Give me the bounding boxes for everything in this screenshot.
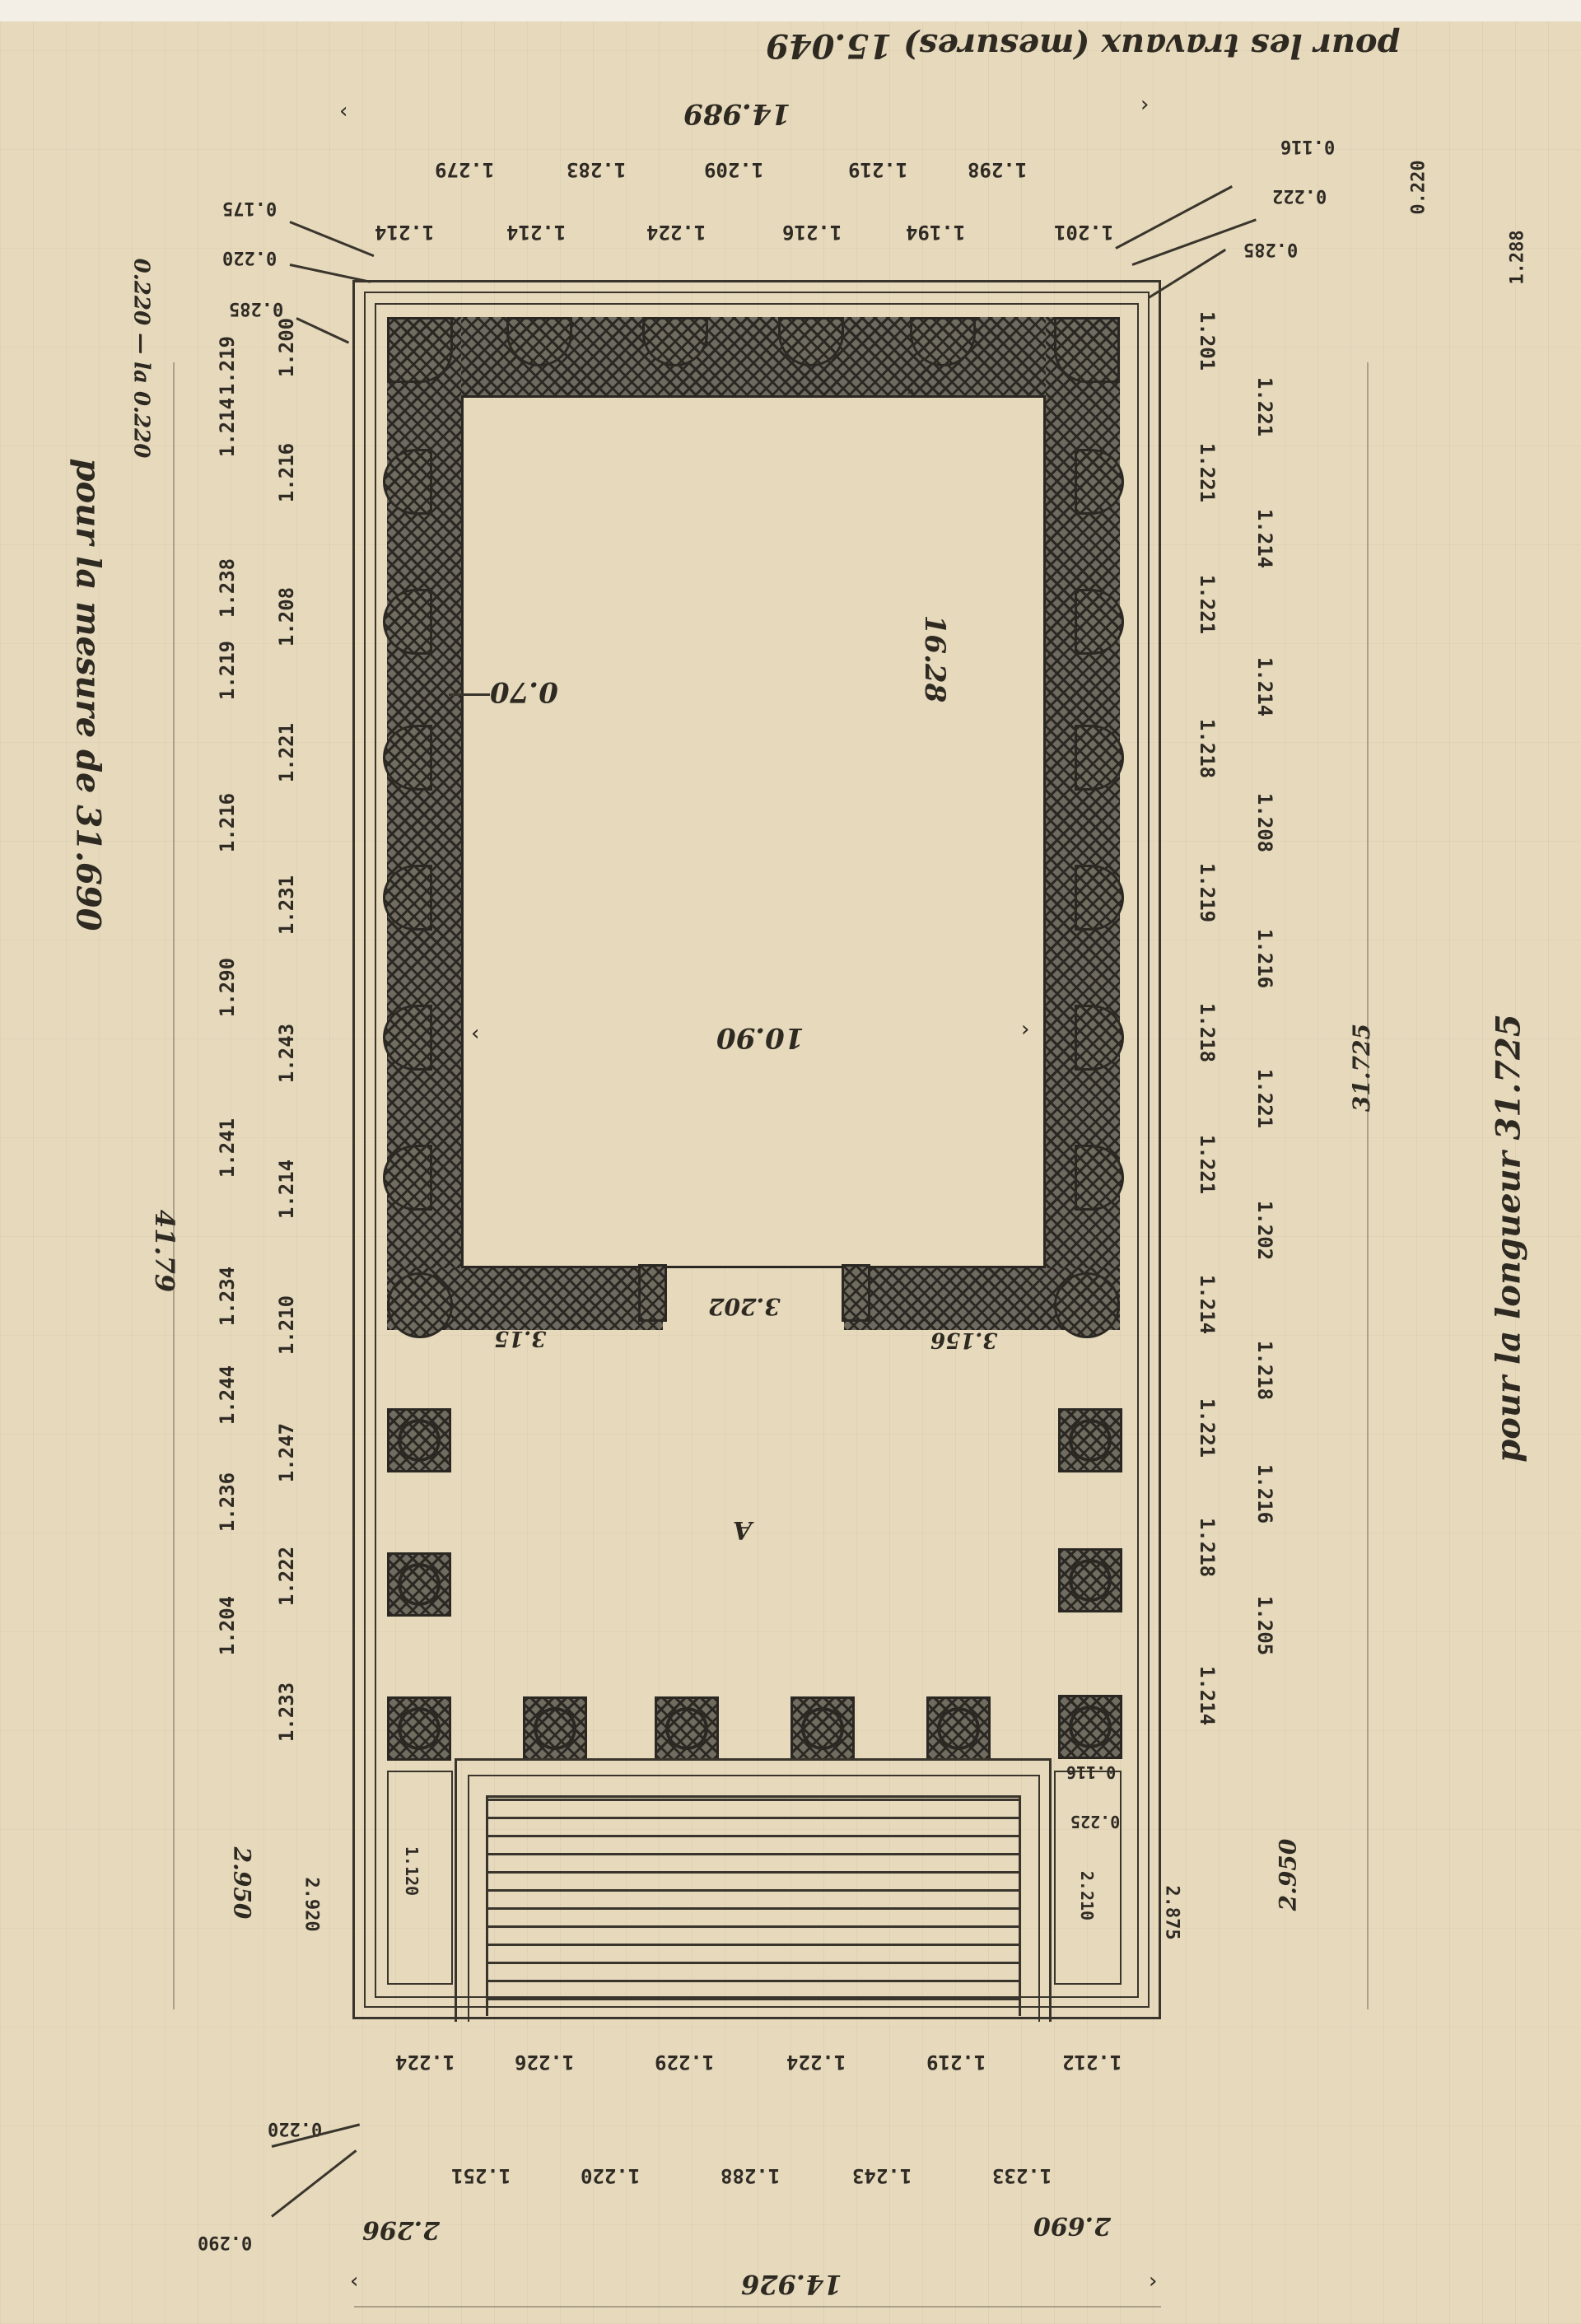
dim-value: 1.221 bbox=[1253, 377, 1276, 436]
dim-value: 1.194 bbox=[906, 221, 965, 244]
cella-length-label: 16.28 bbox=[918, 615, 951, 702]
dim-value: 1.234 bbox=[216, 1267, 239, 1326]
dim-value: 1.229 bbox=[655, 2051, 714, 2074]
dim-value: 1.218 bbox=[1196, 1518, 1219, 1577]
right-margin-sub: 31.725 bbox=[1348, 1024, 1375, 1112]
dim-value: 1.201 bbox=[1196, 311, 1219, 371]
dim-value: 1.214 bbox=[216, 398, 239, 457]
dim-value: 1.220 bbox=[581, 2164, 640, 2187]
engaged-column bbox=[387, 1272, 453, 1338]
bottom-left-dim: 2.296 bbox=[362, 2215, 440, 2244]
left-small-note: 0.220 — la 0.220 bbox=[128, 259, 153, 459]
dim-value: 1.219 bbox=[926, 2051, 986, 2074]
dim-value: 1.208 bbox=[275, 587, 298, 646]
dim-value: 1.224 bbox=[395, 2051, 455, 2074]
corner-dim: 0.175 bbox=[222, 198, 277, 218]
pronaos-column bbox=[387, 1552, 451, 1617]
dim-arrow-right-icon: › bbox=[1140, 92, 1149, 117]
dim-value: 1.218 bbox=[1196, 719, 1219, 778]
bottom-overall-width: 14.926 bbox=[741, 2269, 842, 2300]
dim-value: 1.288 bbox=[721, 2164, 780, 2187]
dim-value: 1.221 bbox=[1196, 575, 1219, 634]
stair-dim: 2.875 bbox=[1162, 1885, 1182, 1939]
dim-value: 1.218 bbox=[1253, 1341, 1276, 1400]
dim-value: 1.224 bbox=[786, 2051, 846, 2074]
dim-value: 1.216 bbox=[1253, 929, 1276, 988]
bottom-right-dim: 2.690 bbox=[1033, 2211, 1111, 2240]
corner-dim: 1.288 bbox=[1508, 230, 1528, 284]
dim-value: 1.214 bbox=[1196, 1666, 1219, 1725]
dim-value: 1.216 bbox=[782, 221, 842, 244]
corner-dim: 0.116 bbox=[1280, 136, 1335, 156]
corner-dim: 0.285 bbox=[229, 298, 283, 319]
dim-value: 1.204 bbox=[216, 1596, 239, 1655]
front-column bbox=[790, 1696, 855, 1761]
dim-arrow-right-icon: › bbox=[1021, 1017, 1029, 1042]
door-width-label: 3.202 bbox=[708, 1293, 781, 1320]
cella-interior bbox=[461, 395, 1046, 1268]
front-column bbox=[1058, 1695, 1122, 1759]
top-title-note: pour les travaux (mesures) 15.049 bbox=[766, 26, 1401, 65]
corner-dim: 0.290 bbox=[198, 2232, 252, 2252]
dim-value: 1.231 bbox=[275, 875, 298, 935]
door-jamb-right bbox=[842, 1264, 870, 1322]
corner-dim: 0.285 bbox=[1243, 239, 1298, 259]
dim-value: 1.243 bbox=[852, 2164, 912, 2187]
dim-arrow-left-icon: ‹ bbox=[350, 2269, 358, 2294]
dim-arrow-right-icon: › bbox=[1149, 2269, 1157, 2294]
dim-value: 1.224 bbox=[646, 221, 706, 244]
door-left-label: 3.15 bbox=[494, 1326, 546, 1351]
dim-value: 1.216 bbox=[275, 443, 298, 502]
dim-value: 1.212 bbox=[1062, 2051, 1122, 2074]
dim-arrow-left-icon: ‹ bbox=[471, 1021, 479, 1046]
dim-value: 1.243 bbox=[275, 1024, 298, 1083]
dim-value: 1.214 bbox=[1196, 1275, 1219, 1334]
pronaos-mark: A bbox=[733, 1515, 752, 1544]
front-staircase bbox=[486, 1795, 1021, 2016]
stair-dim: 2.920 bbox=[301, 1877, 322, 1931]
left-overall-length: 41.79 bbox=[149, 1210, 180, 1292]
dim-value: 1.200 bbox=[275, 318, 298, 377]
dim-value: 1.233 bbox=[275, 1682, 298, 1742]
dim-value: 1.236 bbox=[216, 1472, 239, 1532]
corner-dim: 0.222 bbox=[1272, 185, 1327, 206]
dim-value: 1.216 bbox=[1253, 1464, 1276, 1524]
dim-value: 1.283 bbox=[567, 158, 626, 181]
left-margin-note: pour la mesure de 31.690 bbox=[69, 458, 108, 931]
dim-value: 1.244 bbox=[216, 1365, 239, 1425]
dim-value: 1.298 bbox=[968, 158, 1027, 181]
dim-value: 1.218 bbox=[1196, 1003, 1219, 1062]
dimension-guide bbox=[354, 2306, 1161, 2308]
dim-value: 1.210 bbox=[275, 1295, 298, 1355]
dim-value: 1.290 bbox=[216, 958, 239, 1017]
dim-value: 1.221 bbox=[1196, 1135, 1219, 1194]
corner-dim: 0.220 bbox=[1409, 160, 1429, 214]
dim-value: 1.221 bbox=[1196, 443, 1219, 502]
dimension-guide bbox=[1367, 362, 1369, 2009]
dim-value: 1.221 bbox=[1253, 1069, 1276, 1128]
right-margin-note: pour la longueur 31.725 bbox=[1490, 1014, 1528, 1462]
door-jamb-left bbox=[638, 1264, 667, 1322]
right-stair-dim: 2.950 bbox=[1274, 1839, 1301, 1911]
cella-wall-rear bbox=[387, 317, 1120, 395]
dim-value: 1.202 bbox=[1253, 1201, 1276, 1260]
engaged-column bbox=[387, 317, 453, 383]
dim-value: 1.241 bbox=[216, 1118, 239, 1178]
pronaos-column bbox=[1058, 1548, 1122, 1612]
dim-value: 1.219 bbox=[1196, 863, 1219, 922]
stair-dim: 0.116 bbox=[1066, 1762, 1116, 1782]
dim-value: 1.208 bbox=[1253, 793, 1276, 852]
dim-value: 1.216 bbox=[216, 793, 239, 852]
corner-dim: 0.220 bbox=[222, 247, 277, 268]
wall-thickness-label: 0.70 bbox=[490, 675, 558, 708]
stair-dim: 2.210 bbox=[1077, 1871, 1097, 1920]
engaged-column bbox=[1054, 1272, 1120, 1338]
dim-value: 1.221 bbox=[275, 723, 298, 782]
front-column bbox=[926, 1696, 991, 1761]
dim-value: 1.219 bbox=[216, 641, 239, 700]
dim-value: 1.214 bbox=[506, 221, 566, 244]
stair-dim: 0.225 bbox=[1070, 1812, 1120, 1832]
dim-arrow-up-icon: ˄ bbox=[906, 387, 916, 412]
dim-value: 1.201 bbox=[1054, 221, 1113, 244]
dim-value: 1.219 bbox=[216, 336, 239, 395]
front-column bbox=[655, 1696, 719, 1761]
dim-value: 1.214 bbox=[1253, 509, 1276, 568]
dim-value: 1.251 bbox=[451, 2164, 511, 2187]
dim-value: 1.226 bbox=[515, 2051, 574, 2074]
dim-value: 1.219 bbox=[848, 158, 907, 181]
dim-value: 1.214 bbox=[275, 1160, 298, 1219]
left-stair-dim: 2.950 bbox=[228, 1847, 255, 1920]
front-column bbox=[387, 1696, 451, 1761]
door-right-label: 3.156 bbox=[930, 1328, 997, 1352]
pronaos-column bbox=[1058, 1408, 1122, 1472]
dim-value: 1.214 bbox=[1253, 657, 1276, 716]
dim-value: 1.233 bbox=[992, 2164, 1052, 2187]
engaged-column bbox=[1054, 317, 1120, 383]
dim-arrow-left-icon: ‹ bbox=[339, 99, 347, 124]
stair-dim: 1.120 bbox=[402, 1846, 422, 1896]
scan-top-margin bbox=[0, 0, 1581, 21]
dim-value: 1.247 bbox=[275, 1423, 298, 1482]
dim-value: 1.205 bbox=[1253, 1596, 1276, 1655]
dimension-guide bbox=[173, 362, 175, 2009]
dim-value: 1.238 bbox=[216, 558, 239, 618]
dim-value: 1.214 bbox=[375, 221, 434, 244]
dim-value: 1.279 bbox=[435, 158, 494, 181]
wall-leader-line bbox=[449, 693, 490, 696]
front-column bbox=[523, 1696, 587, 1761]
dim-value: 1.222 bbox=[275, 1547, 298, 1606]
dim-value: 1.221 bbox=[1196, 1398, 1219, 1458]
pronaos-column bbox=[387, 1408, 451, 1472]
top-overall-width: 14.989 bbox=[683, 97, 790, 130]
dim-value: 1.209 bbox=[704, 158, 763, 181]
cella-width-label: 10.90 bbox=[716, 1021, 804, 1054]
